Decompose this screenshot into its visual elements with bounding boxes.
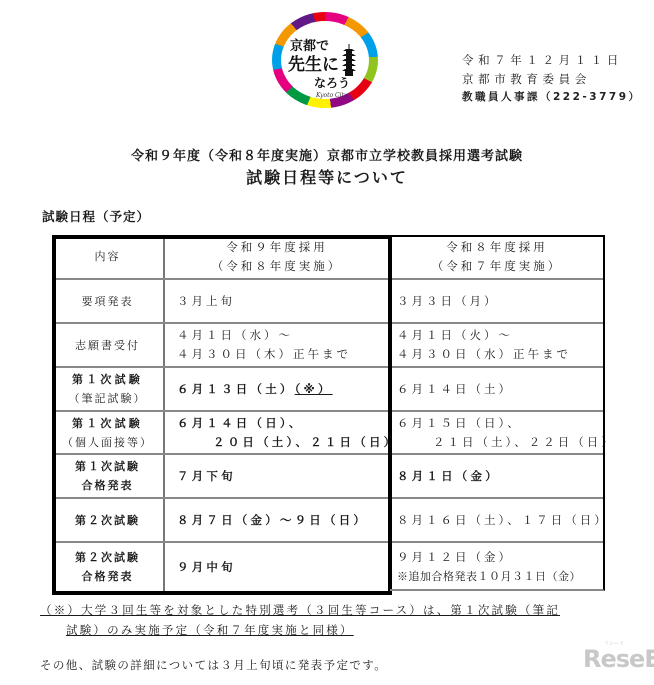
row-r8-value-line1: ４月１日（火）～	[397, 326, 605, 345]
section-heading: 試験日程（予定）	[42, 207, 150, 225]
row-item: 第１次試験 （筆記試験）	[52, 368, 165, 410]
table-row: 第１次試験 （筆記試験） ６月１３日（土）（※） ６月１４日（土）	[52, 368, 605, 412]
row-r8: ４月１日（火）～ ４月３０日（水）正午まで	[389, 324, 605, 366]
kyoto-teacher-logo: 京都で 先生に なろう Kyoto City	[272, 12, 378, 108]
table-header-row: 内容 令和９年度採用 （令和８年度実施） 令和８年度採用 （令和７年度実施）	[52, 235, 605, 280]
row-r9-value: ９月中旬	[177, 558, 389, 577]
table-row: 志願書受付 ４月１日（水）～ ４月３０日（木）正午まで ４月１日（火）～ ４月３…	[52, 324, 605, 368]
issue-date: 令和７年１２月１１日	[462, 52, 623, 68]
row-r9-value: ６月１３日（土）（※）	[177, 380, 389, 399]
pagoda-icon	[342, 44, 356, 76]
table-row: 第２次試験 ８月７日（金）～９日（日） ８月１６日（土）、１７日（日）	[52, 499, 605, 543]
row-r8: ３月３日（月）	[389, 280, 605, 322]
row-r8-value-line2: ※追加合格発表１０月３１日（金）	[397, 567, 605, 586]
row-item-label-line2: 合格発表	[82, 476, 134, 495]
row-r9: ８月７日（金）～９日（日）	[165, 499, 389, 541]
logo-text-line2: 先生に	[288, 50, 339, 75]
row-r9-date: ６月１３日（土）	[177, 382, 295, 396]
row-r8: ６月１５日（日）、 ２１日（土）、２２日（日）	[389, 412, 605, 453]
header-r8: 令和８年度採用 （令和７年度実施）	[389, 235, 605, 278]
footnote-marker: （※）	[295, 382, 333, 396]
row-r8: ６月１４日（土）	[389, 368, 605, 410]
row-r8-value: ８月１６日（土）、１７日（日）	[397, 511, 605, 530]
logo-tagline: Kyoto City	[316, 92, 347, 99]
row-r9: ３月上旬	[165, 280, 389, 322]
header-item: 内容	[52, 235, 165, 278]
row-r9: ４月１日（水）～ ４月３０日（木）正午まで	[165, 324, 389, 366]
document-subtitle: 試験日程等について	[0, 165, 654, 188]
table-row: 第２次試験 合格発表 ９月中旬 ９月１２日（金） ※追加合格発表１０月３１日（金…	[52, 543, 605, 591]
row-r8-value: ８月１日（金）	[397, 467, 605, 486]
row-r8-value: ３月３日（月）	[397, 292, 605, 311]
row-r8-value-line2: ４月３０日（水）正午まで	[397, 345, 605, 364]
row-item-label: 志願書受付	[75, 336, 140, 355]
document-title: 令和９年度（令和８年度実施）京都市立学校教員採用選考試験	[0, 145, 654, 164]
issuing-section-contact: 教職員人事課（222-3779）	[462, 89, 642, 104]
row-r8-value-line1: ９月１２日（金）	[397, 548, 605, 567]
row-item-label-line1: 第１次試験	[72, 414, 143, 433]
table-row: 第１次試験 （個人面接等） ６月１４日（日）、 ２０日（土）、２１日（日） ６月…	[52, 412, 605, 455]
row-r8: ８月１６日（土）、１７日（日）	[389, 499, 605, 541]
row-r8: ８月１日（金）	[389, 455, 605, 497]
row-item: 第１次試験 （個人面接等）	[52, 412, 165, 453]
row-r9-value-line1: ６月１４日（日）、	[177, 414, 389, 433]
table-row: 要項発表 ３月上旬 ３月３日（月）	[52, 280, 605, 324]
row-item: 志願書受付	[52, 324, 165, 366]
row-r9: ６月１４日（日）、 ２０日（土）、２１日（日）	[165, 412, 389, 453]
row-item: 要項発表	[52, 280, 165, 322]
row-item-label: 要項発表	[82, 292, 134, 311]
issuing-organization: 京都市教育委員会	[462, 71, 591, 87]
row-item-label-line2: （筆記試験）	[69, 389, 147, 408]
row-r8-value-line1: ６月１５日（日）、	[397, 414, 605, 433]
row-item: 第２次試験 合格発表	[52, 543, 165, 591]
row-r9: ６月１３日（土）（※）	[165, 368, 389, 410]
header-item-label: 内容	[95, 247, 121, 266]
row-item-label-line1: 第２次試験	[75, 548, 140, 567]
logo-text-line3: なろう	[314, 74, 350, 91]
closing-remark: その他、試験の詳細については３月上旬頃に発表予定です。	[40, 657, 387, 673]
row-r9-value: ７月下旬	[177, 467, 389, 486]
row-r9: ９月中旬	[165, 543, 389, 591]
exam-schedule-table: 内容 令和９年度採用 （令和８年度実施） 令和８年度採用 （令和７年度実施） 要…	[52, 235, 605, 591]
row-item: 第１次試験 合格発表	[52, 455, 165, 497]
row-r9-value: ３月上旬	[177, 292, 389, 311]
header-r8-line2: （令和７年度実施）	[432, 257, 563, 276]
row-item-label-line1: 第１次試験	[72, 370, 143, 389]
footnote-line1: （※）大学３回生等を対象とした特別選考（３回生等コース）は、第１次試験（筆記	[40, 602, 560, 618]
reseed-watermark: ReseEd	[583, 645, 654, 673]
row-r8: ９月１２日（金） ※追加合格発表１０月３１日（金）	[389, 543, 605, 591]
header-r9-line1: 令和９年度採用	[226, 238, 328, 257]
header-r9-line2: （令和８年度実施）	[212, 257, 343, 276]
table-row: 第１次試験 合格発表 ７月下旬 ８月１日（金）	[52, 455, 605, 499]
row-r9: ７月下旬	[165, 455, 389, 497]
row-r9-value-line2: ２０日（土）、２１日（日）	[177, 433, 389, 452]
row-item-label-line1: 第１次試験	[75, 457, 140, 476]
header-r8-line1: 令和８年度採用	[446, 238, 548, 257]
row-item: 第２次試験	[52, 499, 165, 541]
row-item-label: 第２次試験	[75, 511, 140, 530]
row-r8-value-line2: ２１日（土）、２２日（日）	[397, 433, 605, 452]
row-r9-value-line2: ４月３０日（木）正午まで	[177, 345, 389, 364]
row-r8-value: ６月１４日（土）	[397, 380, 605, 399]
header-r9: 令和９年度採用 （令和８年度実施）	[165, 235, 389, 278]
footnote-line2: 試験）のみ実施予定（令和７年度実施と同様）	[66, 622, 354, 638]
row-r9-value-line1: ４月１日（水）～	[177, 326, 389, 345]
row-item-label-line2: （個人面接等）	[62, 433, 153, 452]
row-r9-value: ８月７日（金）～９日（日）	[177, 511, 389, 530]
row-item-label-line2: 合格発表	[82, 567, 134, 586]
